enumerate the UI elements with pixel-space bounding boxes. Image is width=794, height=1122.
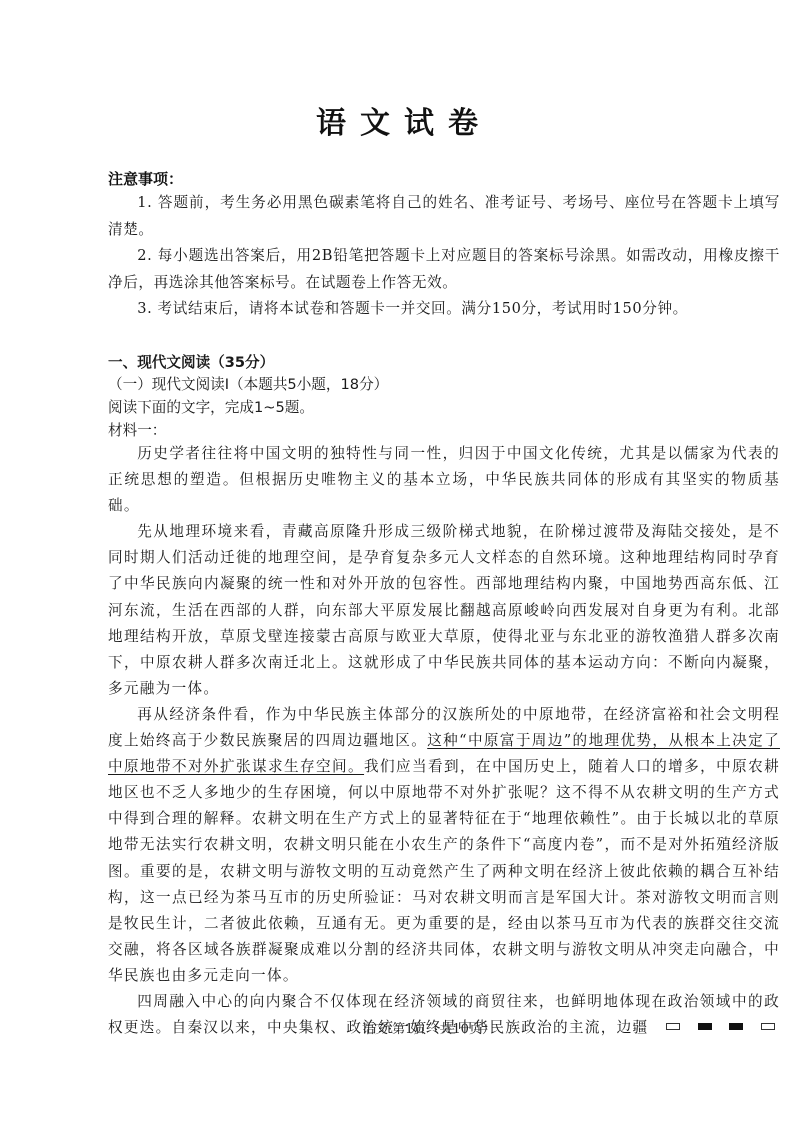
- registration-mark-solid-icon: [698, 1023, 712, 1030]
- paragraph-3-rest: 我们应当看到，在中国历史上，随着人口的增多，中原农耕地区也不乏人多地少的生存困境…: [108, 758, 780, 984]
- notice-list: 1. 答题前，考生务必用黑色碳素笔将自己的姓名、准考证号、考场号、座位号在答题卡…: [108, 190, 780, 323]
- section-subheading: （一）现代文阅读Ⅰ（本题共5小题，18分）: [108, 374, 780, 395]
- notice-item-2: 2. 每小题选出答案后，用2B铅笔把答题卡上对应题目的答案标号涂黑。如需改动，用…: [108, 243, 780, 296]
- passage-paragraph-2: 先从地理环境来看，青藏高原隆升形成三级阶梯式地貌，在阶梯过渡带及海陆交接处，是不…: [108, 519, 780, 702]
- notice-heading: 注意事项：: [108, 168, 183, 189]
- exam-page: 语文试卷 注意事项： 1. 答题前，考生务必用黑色碳素笔将自己的姓名、准考证号、…: [0, 0, 794, 1122]
- page-number: 语文·第1页（共10页）: [362, 1018, 495, 1037]
- registration-mark-hollow-icon: [761, 1023, 775, 1030]
- registration-mark-hollow-icon: [666, 1023, 680, 1030]
- page-title: 语文试卷: [0, 98, 794, 142]
- material-label: 材料一：: [108, 420, 780, 441]
- section-heading: 一、现代文阅读（35分）: [108, 352, 780, 373]
- passage-paragraph-3: 再从经济条件看，作为中华民族主体部分的汉族所处的中原地带，在经济富裕和社会文明程…: [108, 702, 780, 989]
- reading-passage: 历史学者往往将中国文明的独特性与同一性，归因于中国文化传统，尤其是以儒家为代表的…: [108, 441, 780, 1041]
- passage-paragraph-1: 历史学者往往将中国文明的独特性与同一性，归因于中国文化传统，尤其是以儒家为代表的…: [108, 441, 780, 519]
- notice-item-3: 3. 考试结束后，请将本试卷和答题卡一并交回。满分150分，考试用时150分钟。: [108, 296, 780, 323]
- registration-mark-solid-icon: [729, 1023, 743, 1030]
- section-instruction: 阅读下面的文字，完成1~5题。: [108, 397, 780, 418]
- notice-item-1: 1. 答题前，考生务必用黑色碳素笔将自己的姓名、准考证号、考场号、座位号在答题卡…: [108, 190, 780, 243]
